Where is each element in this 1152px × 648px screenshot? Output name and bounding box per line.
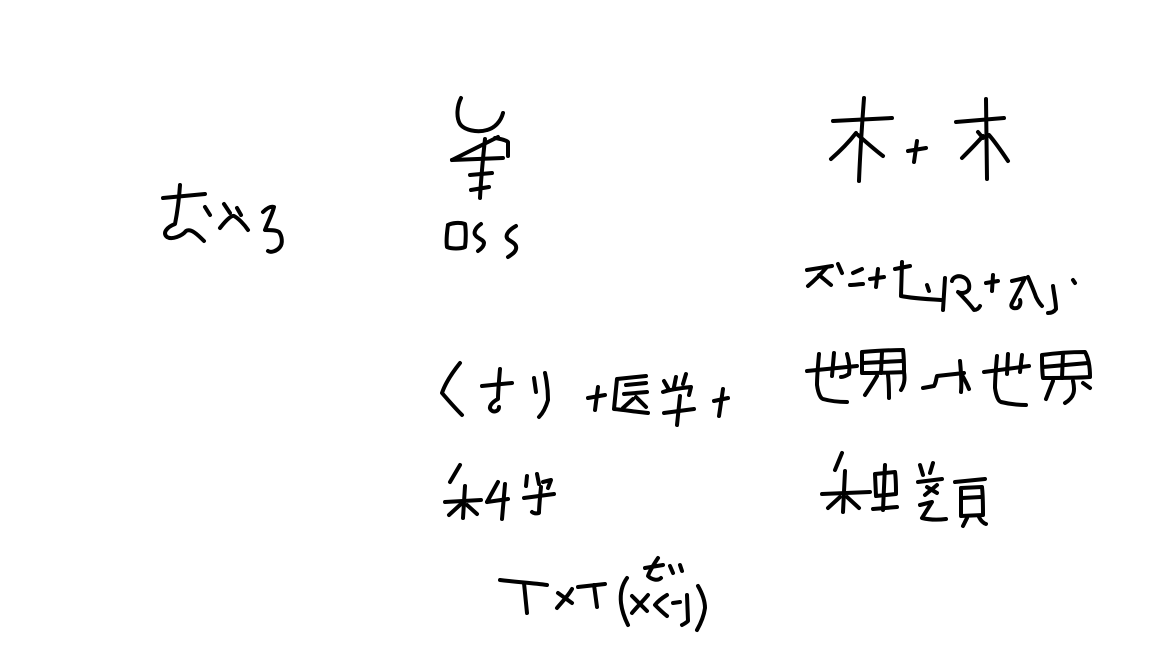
ink-stroke	[819, 275, 831, 285]
ink-stroke	[1065, 381, 1074, 403]
ink-stroke	[467, 505, 477, 514]
ink-stroke	[442, 363, 462, 415]
ink-stroke	[463, 486, 465, 518]
ink-stroke	[822, 492, 870, 494]
ink-stroke	[624, 392, 647, 394]
ink-stroke	[220, 216, 248, 230]
handwriting-kusuri-igaku	[442, 363, 728, 425]
ink-stroke	[507, 226, 517, 257]
ink-stroke	[908, 148, 926, 151]
ink-stroke	[677, 396, 680, 425]
ink-stroke	[537, 474, 539, 484]
ink-stroke	[471, 187, 489, 190]
handwriting-memo-ro-ra-ra	[447, 223, 517, 257]
ink-stroke	[475, 224, 484, 251]
ink-stroke	[648, 558, 661, 580]
ink-stroke	[594, 585, 597, 607]
ink-stroke	[831, 133, 856, 159]
ink-stroke	[588, 395, 605, 398]
ink-stroke	[449, 504, 461, 515]
ink-stroke	[835, 453, 842, 470]
ink-stroke	[1011, 278, 1025, 308]
ink-stroke	[838, 264, 842, 273]
ink-stroke	[680, 565, 682, 571]
ink-stroke	[961, 487, 983, 516]
ink-stroke	[1046, 381, 1053, 399]
ink-stroke	[873, 507, 897, 509]
ink-stroke	[1083, 383, 1090, 388]
ink-stroke	[674, 377, 676, 387]
drawing-canvas[interactable]	[0, 0, 1152, 648]
ink-stroke	[876, 269, 878, 287]
ink-stroke	[1028, 277, 1042, 306]
ink-stroke	[447, 223, 466, 249]
handwriting-kako-gen-mi	[807, 262, 1075, 313]
ink-stroke	[543, 480, 551, 488]
ink-stroke	[843, 471, 845, 512]
ink-stroke	[901, 372, 905, 390]
ink-stroke	[470, 173, 492, 175]
handwriting-kanji-gaku-large	[452, 98, 508, 198]
ink-stroke	[920, 502, 946, 520]
ink-stroke	[224, 204, 230, 213]
ink-stroke	[452, 158, 503, 160]
ink-stroke	[623, 399, 633, 408]
ink-stroke	[490, 369, 500, 411]
ink-stroke	[539, 373, 548, 417]
ink-stroke	[1043, 363, 1088, 367]
ink-stroke	[1048, 286, 1056, 313]
ink-stroke	[962, 497, 981, 498]
ink-stroke	[1073, 280, 1075, 283]
ink-stroke	[670, 566, 673, 573]
ink-stroke	[636, 397, 646, 407]
ink-stroke	[952, 276, 980, 310]
ink-stroke	[832, 353, 834, 376]
ink-stroke	[927, 285, 929, 291]
ink-stroke	[263, 207, 282, 252]
ink-stroke	[1020, 355, 1022, 372]
ink-stroke	[1007, 354, 1008, 374]
ink-stroke	[664, 381, 668, 388]
ink-stroke	[956, 118, 1004, 122]
ink-stroke	[714, 398, 728, 401]
ink-stroke	[863, 361, 902, 363]
ink-stroke	[532, 487, 541, 513]
ink-stroke	[457, 98, 503, 131]
ink-stroke	[495, 138, 508, 156]
ink-stroke	[853, 269, 862, 273]
ink-stroke	[989, 135, 1008, 161]
whiteboard-page	[0, 0, 1152, 648]
handwriting-ki-plus-ki	[831, 98, 1008, 181]
ink-stroke	[524, 583, 527, 613]
ink-stroke	[962, 136, 983, 158]
ink-stroke	[918, 479, 942, 482]
handwriting-shurui	[822, 453, 986, 526]
ink-stroke	[526, 476, 527, 486]
ink-stroke	[205, 207, 210, 215]
ink-stroke	[450, 465, 460, 482]
ink-stroke	[986, 99, 987, 179]
ink-stroke	[828, 497, 840, 508]
ink-stroke	[719, 389, 723, 416]
ink-stroke	[850, 284, 863, 285]
ink-stroke	[992, 275, 993, 291]
ink-stroke	[163, 194, 205, 198]
handwriting-memo-obete	[163, 185, 282, 252]
ink-stroke	[502, 484, 505, 519]
ink-stroke	[963, 518, 967, 526]
ink-stroke	[682, 595, 688, 625]
handwriting-sekai-arrow-sekai	[807, 350, 1090, 405]
ink-stroke	[626, 383, 646, 385]
ink-stroke	[943, 278, 945, 310]
ink-stroke	[923, 373, 964, 388]
ink-stroke	[955, 479, 985, 482]
ink-stroke	[930, 463, 933, 473]
ink-stroke	[697, 586, 705, 630]
ink-stroke	[655, 595, 667, 616]
ink-stroke	[888, 375, 889, 398]
ink-stroke	[621, 578, 628, 625]
handwriting-kagaku	[445, 465, 554, 519]
ink-stroke	[920, 465, 923, 475]
ink-stroke	[865, 376, 877, 395]
ink-stroke	[534, 378, 536, 392]
ink-stroke	[847, 497, 859, 508]
ink-stroke	[237, 208, 241, 215]
ink-stroke	[683, 374, 686, 384]
ink-stroke	[673, 602, 680, 603]
handwriting-t-times-t	[500, 558, 705, 630]
ink-stroke	[979, 517, 986, 524]
ink-stroke	[578, 584, 605, 587]
